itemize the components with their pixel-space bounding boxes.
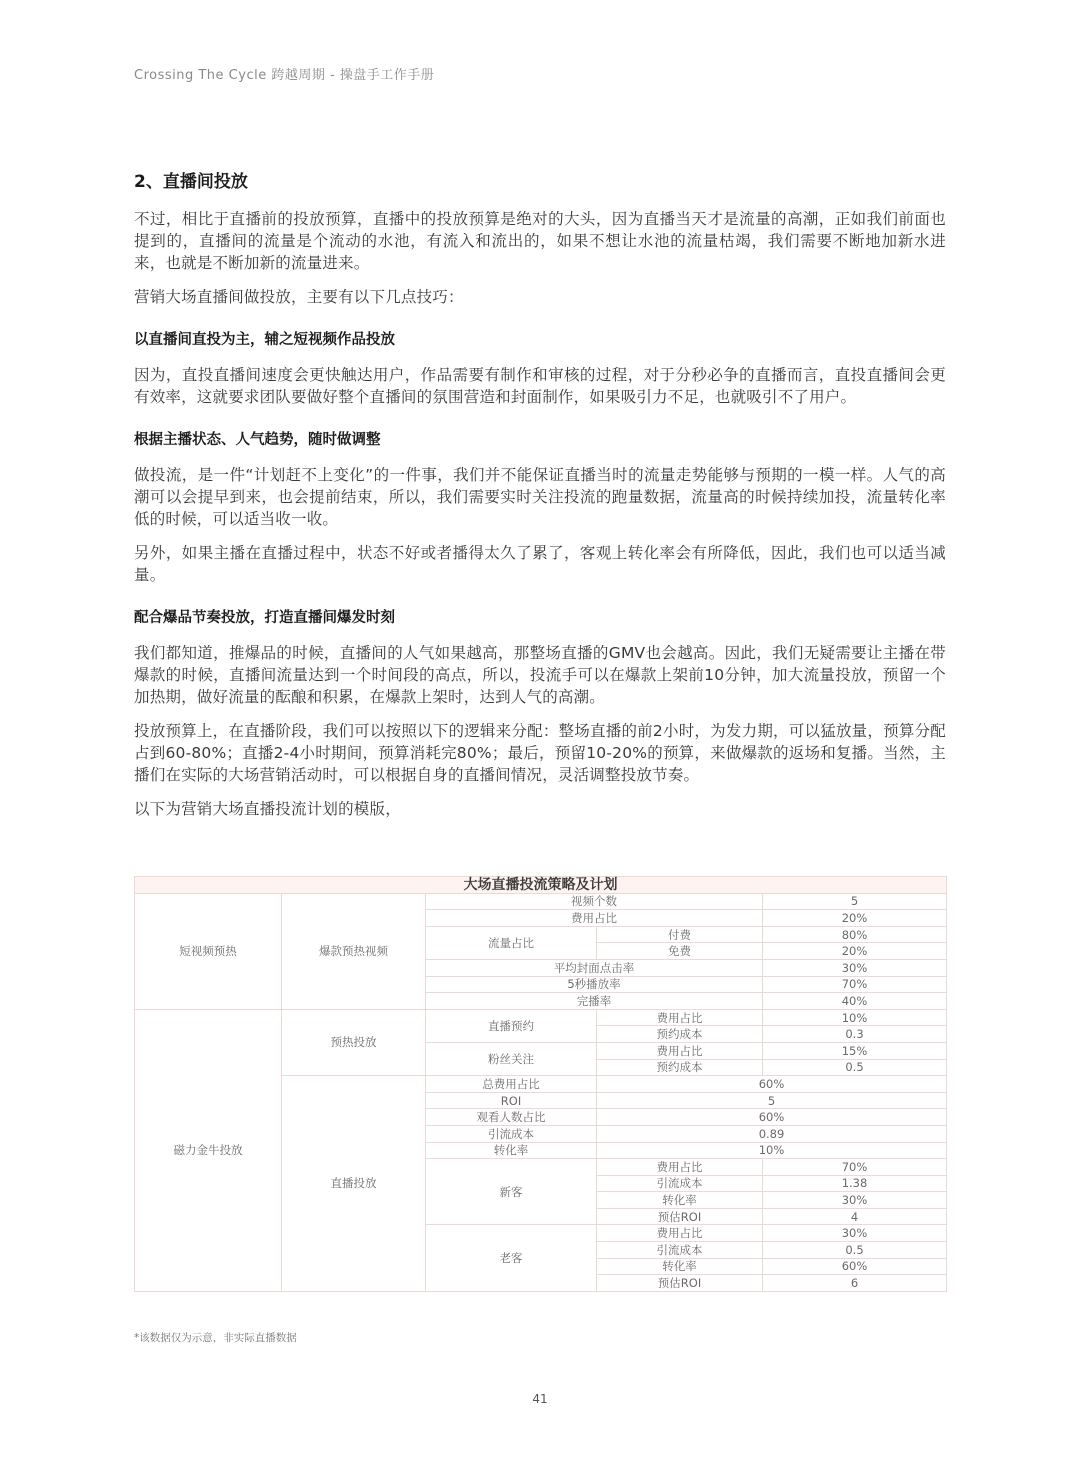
- metric-cell: 总费用占比: [426, 1076, 597, 1093]
- metric-cell: 费用占比: [597, 1009, 763, 1026]
- category-cell: 短视频预热: [135, 893, 282, 1009]
- metric-cell: 付费: [597, 926, 763, 943]
- table-footnote: *该数据仅为示意，非实际直播数据: [134, 1330, 297, 1345]
- metric-cell: 完播率: [426, 993, 763, 1010]
- metric-cell: 转化率: [426, 1142, 597, 1159]
- metric-cell: 引流成本: [426, 1125, 597, 1142]
- metric-cell: 费用占比: [597, 1225, 763, 1242]
- value-cell: 10%: [763, 1009, 947, 1026]
- section-title: 2、直播间投放: [134, 170, 946, 194]
- tip-paragraph: 投放预算上，在直播阶段，我们可以按照以下的逻辑来分配：整场直播的前2小时，为发力…: [134, 720, 946, 786]
- intro-paragraph: 不过，相比于直播前的投放预算，直播中的投放预算是绝对的大头，因为直播当天才是流量…: [134, 208, 946, 274]
- metric-cell: 5秒播放率: [426, 976, 763, 993]
- value-cell: 70%: [763, 976, 947, 993]
- metric-group-cell: 新客: [426, 1159, 597, 1225]
- table-row: 短视频预热 爆款预热视频 视频个数 5: [135, 893, 947, 910]
- metric-cell: 引流成本: [597, 1175, 763, 1192]
- intro-paragraph: 营销大场直播间做投放，主要有以下几点技巧：: [134, 286, 946, 308]
- plan-table-container: 大场直播投流策略及计划 短视频预热 爆款预热视频 视频个数 5 费用占比 20%…: [134, 876, 946, 1292]
- metric-cell: 预估ROI: [597, 1208, 763, 1225]
- tip-paragraph: 我们都知道，推爆品的时候，直播间的人气如果越高，那整场直播的GMV也会越高。因此…: [134, 642, 946, 708]
- metric-group-cell: 流量占比: [426, 926, 597, 959]
- page-number: 41: [0, 1392, 1080, 1406]
- subcategory-cell: 预热投放: [282, 1009, 426, 1075]
- value-cell: 15%: [763, 1042, 947, 1059]
- value-cell: 5: [763, 893, 947, 910]
- metric-group-cell: 粉丝关注: [426, 1042, 597, 1075]
- metric-group-cell: 老客: [426, 1225, 597, 1291]
- value-cell: 30%: [763, 959, 947, 976]
- plan-table: 大场直播投流策略及计划 短视频预热 爆款预热视频 视频个数 5 费用占比 20%…: [134, 876, 947, 1292]
- category-cell: 磁力金牛投放: [135, 1009, 282, 1291]
- metric-cell: 转化率: [597, 1192, 763, 1209]
- value-cell: 5: [597, 1092, 947, 1109]
- value-cell: 0.5: [763, 1242, 947, 1259]
- value-cell: 0.3: [763, 1026, 947, 1043]
- value-cell: 1.38: [763, 1175, 947, 1192]
- tip-paragraph: 做投流，是一件“计划赶不上变化”的一件事，我们并不能保证直播当时的流量走势能够与…: [134, 464, 946, 530]
- value-cell: 20%: [763, 910, 947, 927]
- running-header: Crossing The Cycle 跨越周期 - 操盘手工作手册: [134, 64, 434, 83]
- value-cell: 70%: [763, 1159, 947, 1176]
- table-title: 大场直播投流策略及计划: [135, 877, 947, 894]
- tip-paragraph: 因为，直投直播间速度会更快触达用户，作品需要有制作和审核的过程，对于分秒必争的直…: [134, 364, 946, 408]
- value-cell: 20%: [763, 943, 947, 960]
- value-cell: 0.5: [763, 1059, 947, 1076]
- value-cell: 30%: [763, 1192, 947, 1209]
- tip-heading: 根据主播状态、人气趋势，随时做调整: [134, 430, 946, 450]
- metric-cell: 观看人数占比: [426, 1109, 597, 1126]
- value-cell: 30%: [763, 1225, 947, 1242]
- value-cell: 60%: [597, 1076, 947, 1093]
- tip-paragraph: 以下为营销大场直播投流计划的模版，: [134, 798, 946, 820]
- tip-paragraph: 另外，如果主播在直播过程中，状态不好或者播得太久了累了，客观上转化率会有所降低，…: [134, 542, 946, 586]
- metric-cell: 预约成本: [597, 1059, 763, 1076]
- value-cell: 0.89: [597, 1125, 947, 1142]
- metric-group-cell: 直播预约: [426, 1009, 597, 1042]
- document-body: 2、直播间投放 不过，相比于直播前的投放预算，直播中的投放预算是绝对的大头，因为…: [134, 170, 946, 832]
- metric-cell: 转化率: [597, 1258, 763, 1275]
- metric-cell: 预估ROI: [597, 1275, 763, 1292]
- metric-cell: 视频个数: [426, 893, 763, 910]
- subcategory-cell: 爆款预热视频: [282, 893, 426, 1009]
- metric-cell: 免费: [597, 943, 763, 960]
- table-row: 磁力金牛投放 预热投放 直播预约 费用占比 10%: [135, 1009, 947, 1026]
- value-cell: 6: [763, 1275, 947, 1292]
- tip-heading: 以直播间直投为主，辅之短视频作品投放: [134, 330, 946, 350]
- value-cell: 60%: [597, 1109, 947, 1126]
- value-cell: 80%: [763, 926, 947, 943]
- metric-cell: 平均封面点击率: [426, 959, 763, 976]
- metric-cell: 费用占比: [426, 910, 763, 927]
- subcategory-cell: 直播投放: [282, 1076, 426, 1292]
- metric-cell: 费用占比: [597, 1159, 763, 1176]
- tip-heading: 配合爆品节奏投放，打造直播间爆发时刻: [134, 608, 946, 628]
- value-cell: 10%: [597, 1142, 947, 1159]
- metric-cell: 费用占比: [597, 1042, 763, 1059]
- metric-cell: 预约成本: [597, 1026, 763, 1043]
- value-cell: 40%: [763, 993, 947, 1010]
- metric-cell: ROI: [426, 1092, 597, 1109]
- value-cell: 4: [763, 1208, 947, 1225]
- value-cell: 60%: [763, 1258, 947, 1275]
- metric-cell: 引流成本: [597, 1242, 763, 1259]
